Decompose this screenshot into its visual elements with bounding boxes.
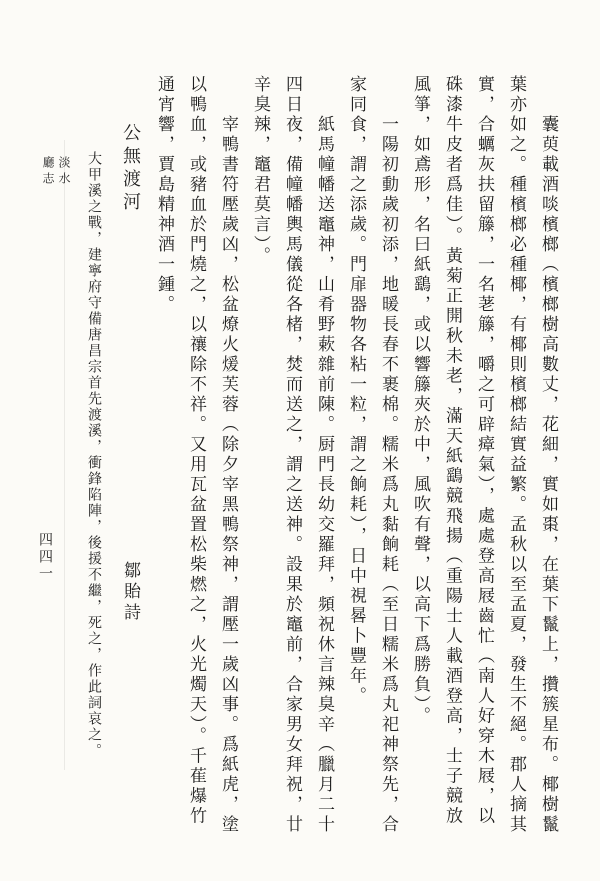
poem-column: 通宵響，賈島精神酒一鍾。 [148, 75, 180, 847]
poem-column: 一陽初動歲初添，地暖長春不裹棉。糯米爲丸黏餉耗（至日糯米爲丸祀神祭先，合 [372, 75, 404, 847]
poem-column: 四日夜，備幢幡輿馬儀從各楮，焚而送之，謂之送神。設果於竈前，合家男女拜祝，廿 [276, 75, 308, 847]
poem-column: 宰鴨書符壓歲凶，松盆燎火煖芙蓉（除夕宰黑鴨祭神，謂壓一歲凶事。爲紙虎，塗 [212, 75, 244, 847]
poem-column: 紙馬幢幡送竈神，山肴野蔌雜前陳。厨門長幼交羅拜，頻祝休言辣臭辛（臘月二十 [308, 75, 340, 847]
poem-column: 實，合蠣灰扶留籐，一名荖籐，嚼之可辟瘴氣），處處登高屐齒忙（南人好穿木屐，以 [468, 75, 500, 847]
poem-column: 葉亦如之。種檳榔必種椰，有椰則檳榔結實益繁。孟秋以至孟夏，發生不絕。郡人摘其 [500, 75, 532, 847]
page-number: 四四一 [36, 532, 54, 583]
next-poem-title: 公無渡河 [112, 123, 148, 215]
next-poem-author: 鄒貽詩 [112, 561, 148, 624]
poem-column: 風箏，如鳶形，名曰紙鷂，或以響籐夾於中，風吹有聲，以高下爲勝負）。 [404, 75, 436, 847]
poem-column: 以鴨血，或豬血於門燒之，以禳除不祥。又用瓦盆置松柴燃之，火光燭天）。千萑爆竹 [180, 75, 212, 847]
book-spine-title: 淡水廳志 [40, 156, 72, 194]
next-poem-title-column: 公無渡河 鄒貽詩 [112, 75, 148, 847]
scanned-page: 囊萸載酒啖檳榔（檳榔樹高數丈，花細，實如棗，在葉下鬣上，攢簇星布。椰樹鬣葉亦如之… [0, 0, 600, 881]
gutter-line [64, 140, 65, 770]
poem-column: 囊萸載酒啖檳榔（檳榔樹高數丈，花細，實如棗，在葉下鬣上，攢簇星布。椰樹鬣 [532, 75, 564, 847]
poem-column: 硃漆牛皮者爲佳）。黃菊正開秋未老，滿天紙鷂競飛揚（重陽士人載酒登高，士子競放 [436, 75, 468, 847]
poem-column: 辛臭辣，竈君莫言）。 [244, 75, 276, 847]
next-poem-note: 大甲溪之戰，建寧府守備唐昌宗首先渡溪，衝鋒陷陣，後援不繼，死之，作此詞哀之。 [76, 75, 112, 847]
poem-column: 家同食，謂之添歲。門扉器物各粘一粒，謂之餉耗），日中視晷卜豐年。 [340, 75, 372, 847]
poem-text-block: 囊萸載酒啖檳榔（檳榔樹高數丈，花細，實如棗，在葉下鬣上，攢簇星布。椰樹鬣葉亦如之… [76, 75, 564, 847]
